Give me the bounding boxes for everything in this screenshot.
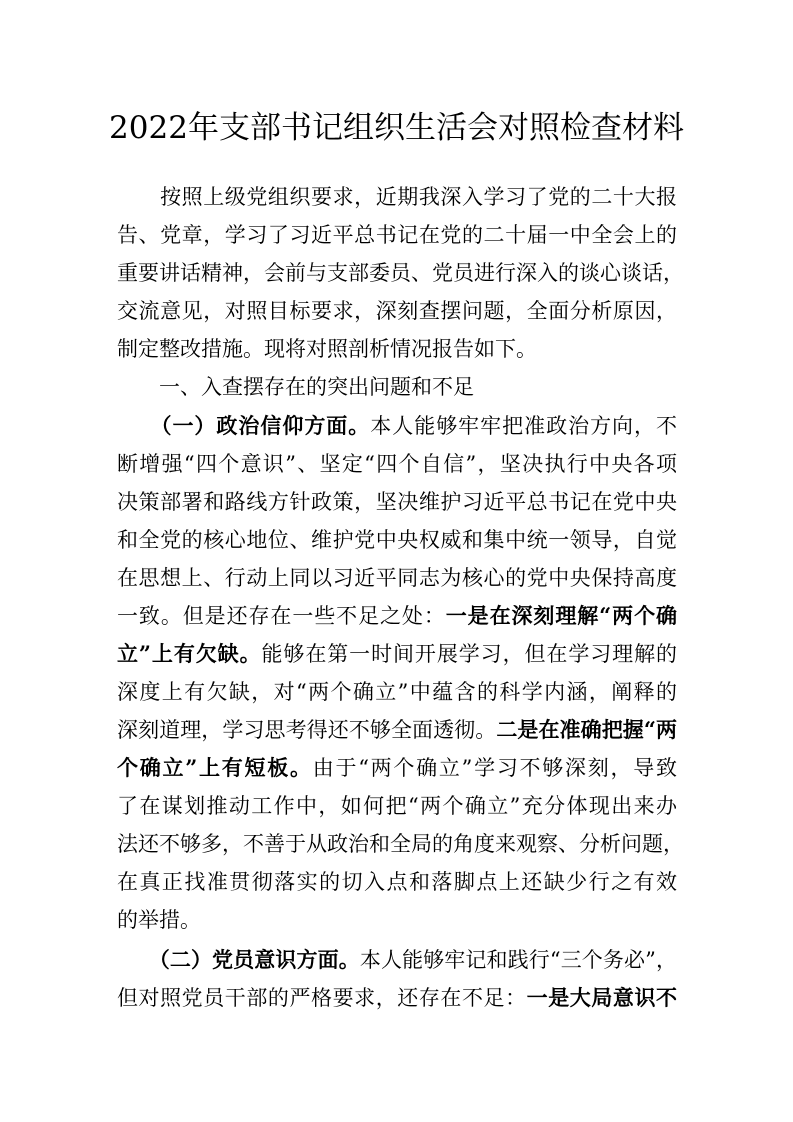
body-text: 由于“两个确立”学习不够深刻，导致: [313, 756, 677, 780]
bold-text: （一）政治信仰方面。: [117, 413, 370, 438]
text-line: 制定整改措施。现将对照剖析情况报告如下。: [117, 335, 677, 363]
body-text: 在思想上、行动上同以习近平同志为核心的党中央保持高度: [117, 566, 677, 590]
body-text: 制定整改措施。现将对照剖析情况报告如下。: [117, 337, 537, 361]
text-line: （二）党员意识方面。本人能够牢记和践行“三个务必”，: [117, 946, 677, 974]
text-line: 重要讲话精神，会前与支部委员、党员进行深入的谈心谈话，: [117, 259, 677, 287]
body-text: 但对照党员干部的严格要求，还存在不足：: [117, 986, 527, 1010]
body-text: 深刻道理，学习思考得还不够全面透彻。: [117, 718, 496, 742]
text-line: （一）政治信仰方面。本人能够牢牢把准政治方向，不: [117, 412, 677, 440]
bold-text: 一是在深刻理解“两个确: [446, 603, 677, 628]
text-line: 法还不够多，不善于从政治和全局的角度来观察、分析问题，: [117, 830, 677, 858]
text-line: 个确立”上有短板。由于“两个确立”学习不够深刻，导致: [117, 754, 677, 782]
body-text: 按照上级党组织要求，近期我深入学习了党的二十大报: [117, 185, 677, 209]
text-line: 在真正找准贯彻落实的切入点和落脚点上还缺少行之有效: [117, 868, 677, 896]
text-line: 的举措。: [117, 906, 677, 934]
body-text: 深度上有欠缺，对“两个确立”中蕴含的科学内涵，阐释的: [117, 680, 677, 704]
body-text: 决策部署和路线方针政策，坚决维护习近平总书记在党中央: [117, 490, 677, 514]
text-line: 一致。但是还存在一些不足之处：一是在深刻理解“两个确: [117, 602, 677, 630]
body-text: 断增强“四个意识”、坚定“四个自信”，坚决执行中央各项: [117, 452, 677, 476]
text-line: 决策部署和路线方针政策，坚决维护习近平总书记在党中央: [117, 488, 677, 516]
bold-text: 立”上有欠缺。: [117, 641, 262, 666]
body-text: 本人能够牢牢把准政治方向，不: [370, 414, 677, 438]
text-line: 告、党章，学习了习近平总书记在党的二十届一中全会上的: [117, 221, 677, 249]
body-text: 能够在第一时间开展学习，但在学习理解的: [262, 642, 678, 666]
body-text: 在真正找准贯彻落实的切入点和落脚点上还缺少行之有效: [117, 870, 677, 894]
text-line: 深度上有欠缺，对“两个确立”中蕴含的科学内涵，阐释的: [117, 678, 677, 706]
body-text: 告、党章，学习了习近平总书记在党的二十届一中全会上的: [117, 223, 677, 247]
section-heading: 一、入查摆存在的突出问题和不足: [117, 375, 474, 399]
body-text: 交流意见，对照目标要求，深刻查摆问题，全面分析原因，: [117, 299, 677, 323]
body-text: 了在谋划推动工作中，如何把“两个确立”充分体现出来办: [117, 794, 677, 818]
bold-text: （二）党员意识方面。: [117, 947, 360, 972]
text-line: 断增强“四个意识”、坚定“四个自信”，坚决执行中央各项: [117, 450, 677, 478]
text-line: 立”上有欠缺。能够在第一时间开展学习，但在学习理解的: [117, 640, 677, 668]
body-text: 的举措。: [117, 908, 201, 932]
text-line: 按照上级党组织要求，近期我深入学习了党的二十大报: [117, 183, 677, 211]
body-text: 和全党的核心地位、维护党中央权威和集中统一领导，自觉: [117, 528, 677, 552]
text-line: 但对照党员干部的严格要求，还存在不足：一是大局意识不: [117, 984, 677, 1012]
text-line: 在思想上、行动上同以习近平同志为核心的党中央保持高度: [117, 564, 677, 592]
text-line: 深刻道理，学习思考得还不够全面透彻。二是在准确把握“两: [117, 716, 677, 744]
bold-text: 一是大局意识不: [527, 985, 677, 1010]
document-title: 2022年支部书记组织生活会对照检查材料: [0, 108, 793, 148]
text-line: 一、入查摆存在的突出问题和不足: [117, 373, 677, 401]
text-line: 和全党的核心地位、维护党中央权威和集中统一领导，自觉: [117, 526, 677, 554]
body-text: 一致。但是还存在一些不足之处：: [117, 604, 446, 628]
text-line: 交流意见，对照目标要求，深刻查摆问题，全面分析原因，: [117, 297, 677, 325]
body-text: 本人能够牢记和践行“三个务必”，: [360, 948, 677, 972]
bold-text: 个确立”上有短板。: [117, 755, 313, 780]
body-text: 法还不够多，不善于从政治和全局的角度来观察、分析问题，: [117, 832, 684, 856]
body-text: 重要讲话精神，会前与支部委员、党员进行深入的谈心谈话，: [117, 261, 684, 285]
text-line: 了在谋划推动工作中，如何把“两个确立”充分体现出来办: [117, 792, 677, 820]
bold-text: 二是在准确把握“两: [496, 717, 677, 742]
